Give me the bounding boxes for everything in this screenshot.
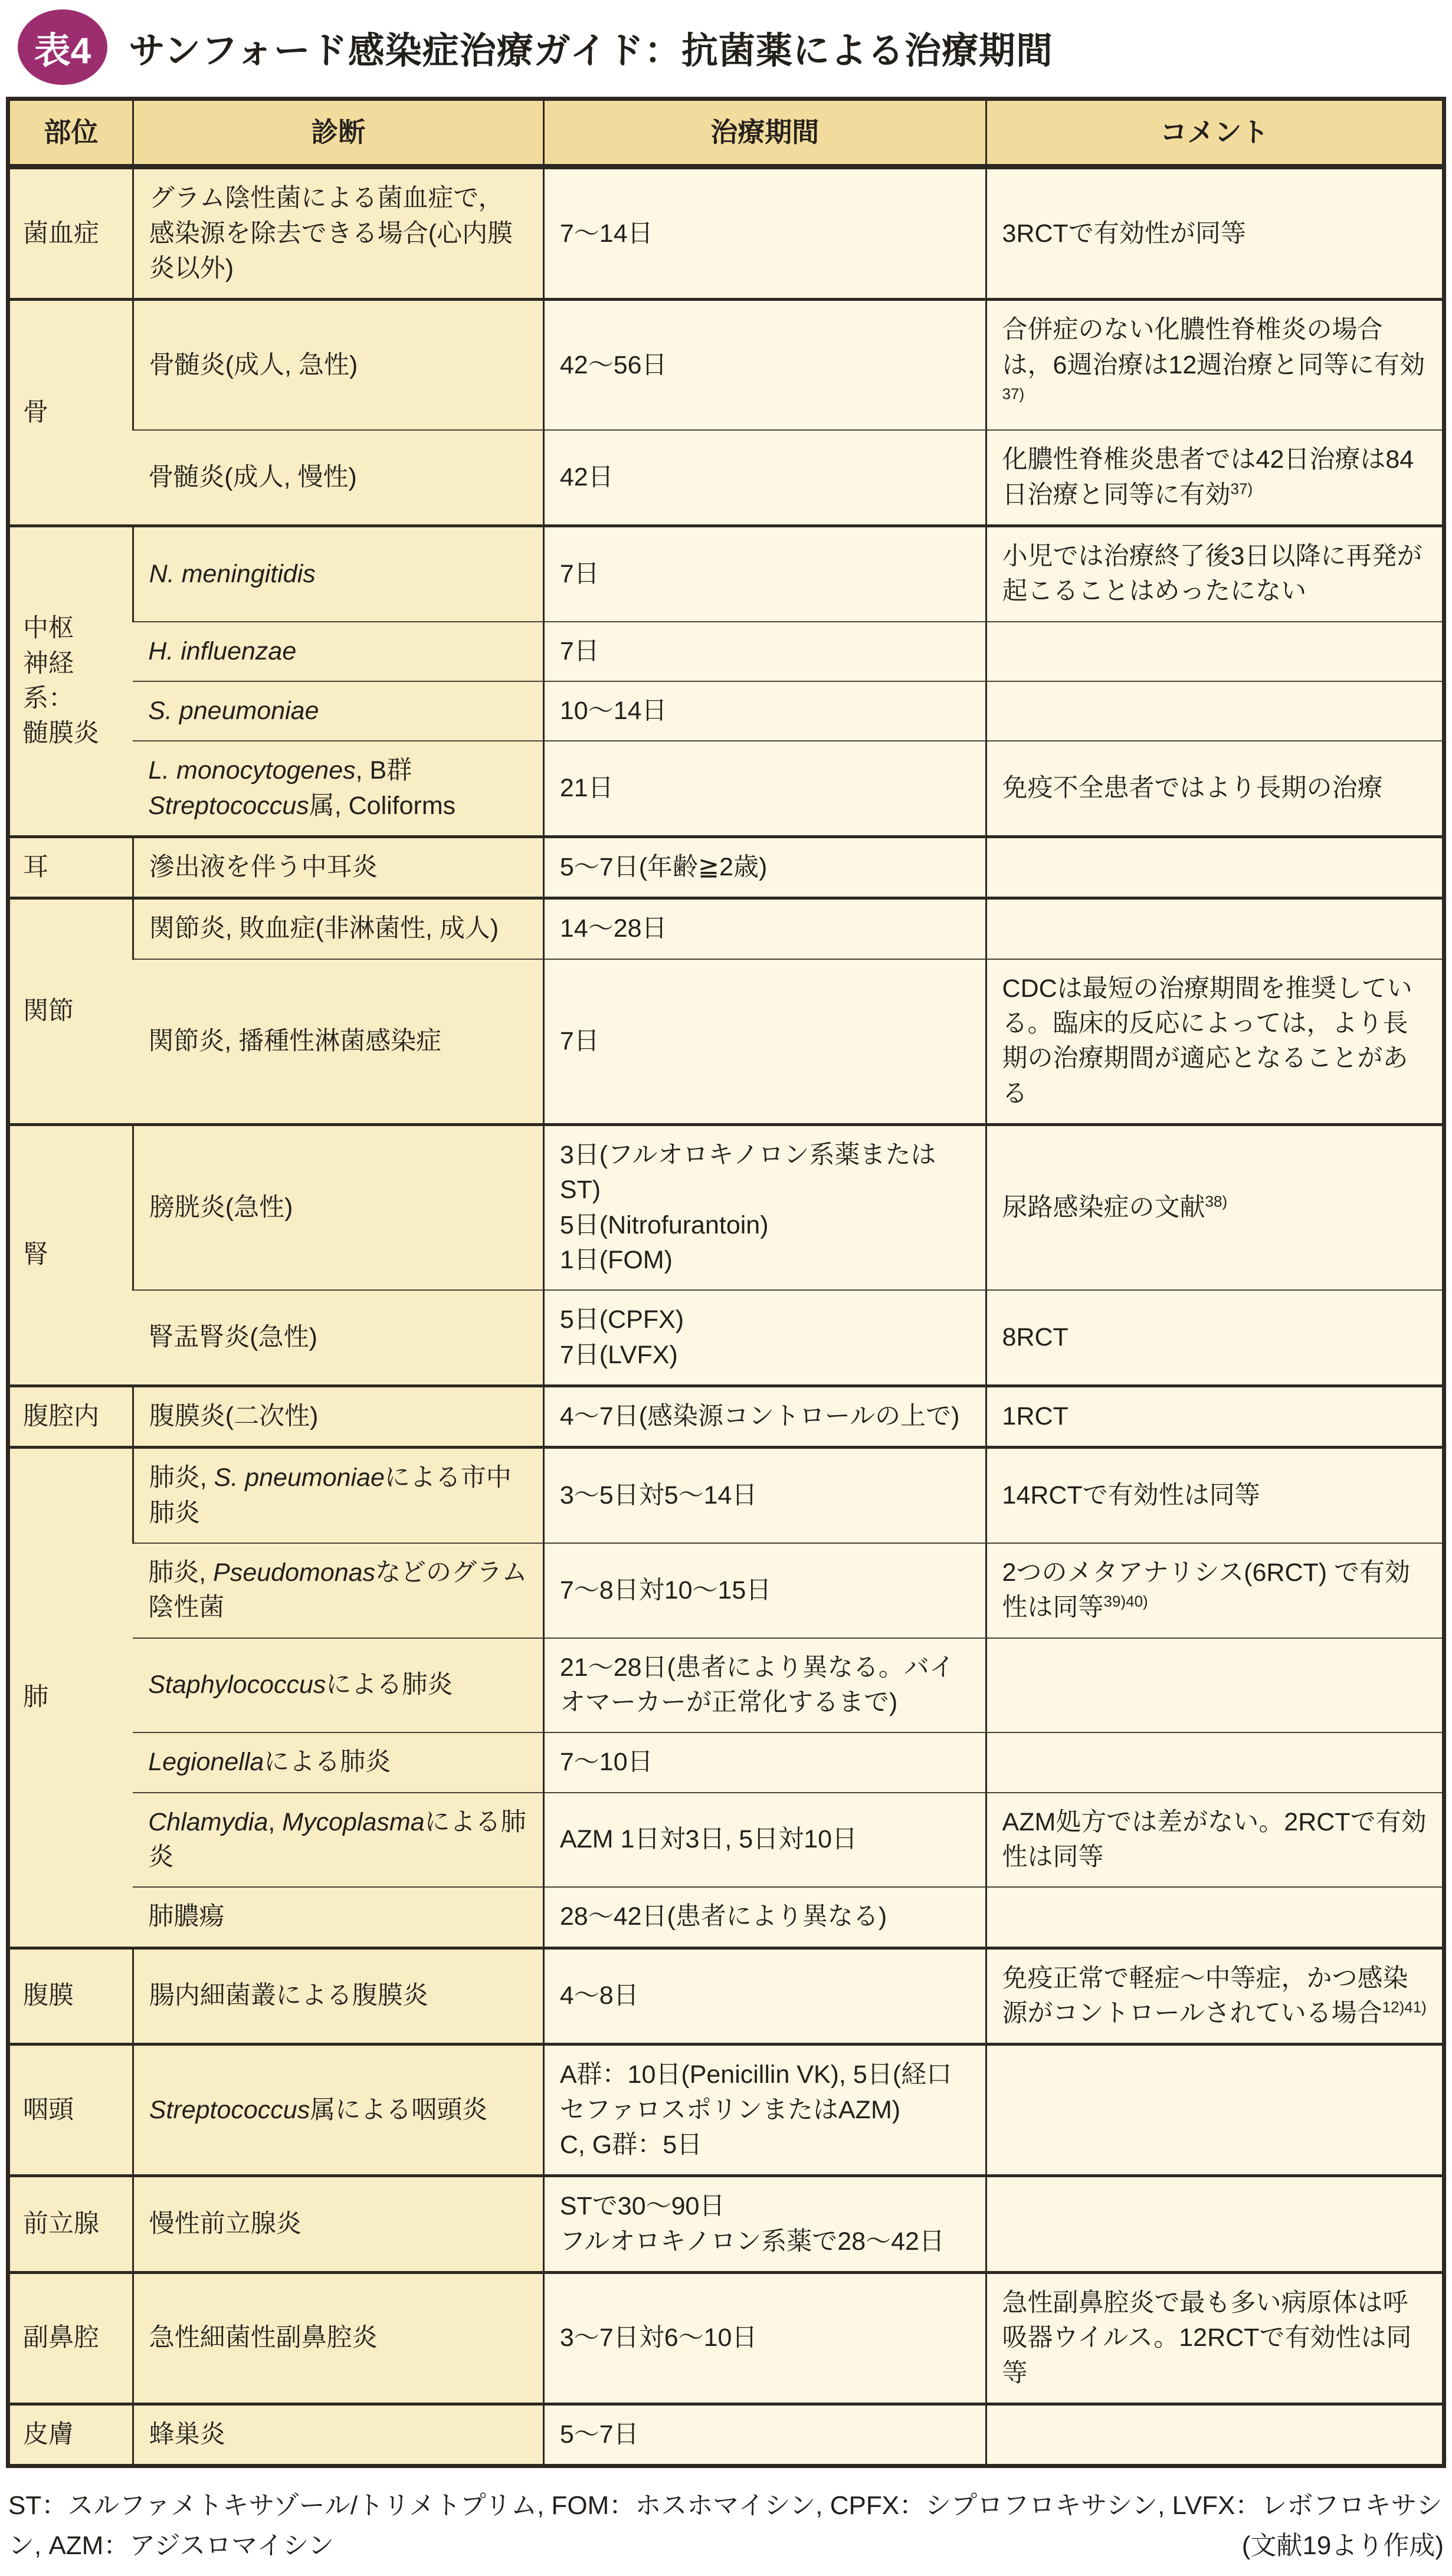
duration-line: 21日 bbox=[560, 771, 970, 806]
duration-line: 7〜14日 bbox=[560, 216, 970, 251]
site-cell: 副鼻腔 bbox=[8, 2272, 133, 2404]
column-header-duration: 治療期間 bbox=[543, 99, 986, 167]
duration-line: STで30〜90日 bbox=[560, 2189, 970, 2224]
diagnosis-cell: 肺炎, S. pneumoniaeによる市中肺炎 bbox=[133, 1448, 543, 1543]
duration-line: 10〜14日 bbox=[560, 694, 970, 729]
table-row: 肺炎, Pseudomonasなどのグラム陰性菌7〜8日対10〜15日2つのメタ… bbox=[8, 1543, 1444, 1638]
table-row: 骨髄炎(成人, 慢性)42日化膿性脊椎炎患者では42日治療は84日治療と同等に有… bbox=[8, 430, 1444, 526]
duration-line: 7〜8日対10〜15日 bbox=[560, 1573, 970, 1608]
table-header: 部位 診断 治療期間 コメント bbox=[8, 99, 1444, 167]
duration-cell: AZM 1日対3日, 5日対10日 bbox=[543, 1793, 986, 1888]
comment-cell: 尿路感染症の文献38) bbox=[986, 1125, 1444, 1291]
duration-line: 7日 bbox=[560, 634, 970, 669]
duration-cell: 7日 bbox=[543, 622, 986, 681]
duration-cell: 3日(フルオロキノロン系薬またはST)5日(Nitrofurantoin)1日(… bbox=[543, 1125, 986, 1291]
comment-cell: 合併症のない化膿性脊椎炎の場合は，6週治療は12週治療と同等に有効37) bbox=[986, 300, 1444, 430]
diagnosis-cell: 腎盂腎炎(急性) bbox=[133, 1290, 543, 1386]
table-row: 関節炎, 播種性淋菌感染症7日CDCは最短の治療期間を推奨している。臨床的反応に… bbox=[8, 959, 1444, 1125]
duration-cell: 5〜7日(年齢≧2歳) bbox=[543, 837, 986, 898]
abbreviation-legend: ST：スルファメトキサゾール/トリメトプリム, FOM：ホスホマイシン, CPF… bbox=[8, 2491, 1442, 2560]
table-row: Chlamydia, Mycoplasmaによる肺炎AZM 1日対3日, 5日対… bbox=[8, 1793, 1444, 1888]
table-row: L. monocytogenes, B群Streptococcus属, Coli… bbox=[8, 741, 1444, 836]
duration-cell: 4〜7日(感染源コントロールの上で) bbox=[543, 1386, 986, 1448]
comment-cell bbox=[986, 1732, 1444, 1792]
footnote: ST：スルファメトキサゾール/トリメトプリム, FOM：ホスホマイシン, CPF… bbox=[8, 2486, 1444, 2566]
diagnosis-cell: 肺膿瘍 bbox=[133, 1887, 543, 1948]
table-row: 腹膜腸内細菌叢による腹膜炎4〜8日免疫正常で軽症〜中等症，かつ感染源がコントロー… bbox=[8, 1948, 1444, 2045]
diagnosis-cell: 急性細菌性副鼻腔炎 bbox=[133, 2272, 543, 2404]
table-row: 菌血症グラム陰性菌による菌血症で，感染源を除去できる場合(心内膜炎以外)7〜14… bbox=[8, 167, 1444, 300]
duration-line: 7〜10日 bbox=[560, 1745, 970, 1780]
duration-line: 5〜7日(年齢≧2歳) bbox=[560, 850, 970, 885]
duration-cell: 14〜28日 bbox=[543, 898, 986, 959]
duration-line: C, G群：5日 bbox=[560, 2128, 970, 2162]
table-row: 関節関節炎, 敗血症(非淋菌性, 成人)14〜28日 bbox=[8, 898, 1444, 959]
title-bar: 表4 サンフォード感染症治療ガイド：抗菌薬による治療期間 bbox=[0, 0, 1452, 93]
diagnosis-cell: 肺炎, Pseudomonasなどのグラム陰性菌 bbox=[133, 1543, 543, 1638]
diagnosis-cell: 腹膜炎(二次性) bbox=[133, 1386, 543, 1448]
duration-line: 28〜42日(患者により異なる) bbox=[560, 1899, 970, 1934]
duration-line: 42日 bbox=[560, 460, 970, 495]
comment-cell: CDCは最短の治療期間を推奨している。臨床的反応によっては，より長期の治療期間が… bbox=[986, 959, 1444, 1125]
site-cell: 関節 bbox=[8, 898, 133, 1125]
duration-line: 4〜8日 bbox=[560, 1978, 970, 2013]
treatment-duration-table: 部位 診断 治療期間 コメント 菌血症グラム陰性菌による菌血症で，感染源を除去で… bbox=[6, 97, 1446, 2468]
duration-line: AZM 1日対3日, 5日対10日 bbox=[560, 1822, 970, 1857]
comment-cell: 1RCT bbox=[986, 1386, 1444, 1448]
table-number-badge: 表4 bbox=[18, 9, 107, 85]
comment-cell: 免疫正常で軽症〜中等症，かつ感染源がコントロールされている場合12)41) bbox=[986, 1948, 1444, 2045]
table-row: 前立腺慢性前立腺炎STで30〜90日フルオロキノロン系薬で28〜42日 bbox=[8, 2176, 1444, 2273]
comment-cell bbox=[986, 2176, 1444, 2273]
reference-superscript: 38) bbox=[1205, 1193, 1228, 1210]
comment-cell: 小児では治療終了後3日以降に再発が起こることはめったにない bbox=[986, 526, 1444, 622]
diagnosis-cell: 関節炎, 敗血症(非淋菌性, 成人) bbox=[133, 898, 543, 959]
header-row: 部位 診断 治療期間 コメント bbox=[8, 99, 1444, 167]
table-row: 中枢 神経系： 髄膜炎N. meningitidis7日小児では治療終了後3日以… bbox=[8, 526, 1444, 622]
source-citation: (文献19より作成) bbox=[1242, 2526, 1444, 2566]
comment-cell bbox=[986, 898, 1444, 959]
treatment-table-body: 菌血症グラム陰性菌による菌血症で，感染源を除去できる場合(心内膜炎以外)7〜14… bbox=[8, 167, 1444, 2466]
comment-cell bbox=[986, 622, 1444, 681]
duration-line: 3日(フルオロキノロン系薬またはST) bbox=[560, 1138, 970, 1208]
reference-superscript: 12)41) bbox=[1382, 1999, 1427, 2016]
comment-cell: 化膿性脊椎炎患者では42日治療は84日治療と同等に有効37) bbox=[986, 430, 1444, 526]
site-cell: 皮膚 bbox=[8, 2404, 133, 2466]
duration-line: 4〜7日(感染源コントロールの上で) bbox=[560, 1399, 970, 1434]
diagnosis-cell: 腸内細菌叢による腹膜炎 bbox=[133, 1948, 543, 2045]
duration-cell: 42日 bbox=[543, 430, 986, 526]
diagnosis-cell: グラム陰性菌による菌血症で，感染源を除去できる場合(心内膜炎以外) bbox=[133, 167, 543, 300]
comment-cell bbox=[986, 1638, 1444, 1733]
diagnosis-cell: Staphylococcusによる肺炎 bbox=[133, 1638, 543, 1733]
comment-cell: 2つのメタアナリシス(6RCT) で有効性は同等39)40) bbox=[986, 1543, 1444, 1638]
table-row: H. influenzae7日 bbox=[8, 622, 1444, 681]
site-cell: 菌血症 bbox=[8, 167, 133, 300]
diagnosis-cell: 骨髄炎(成人, 慢性) bbox=[133, 430, 543, 526]
reference-superscript: 37) bbox=[1002, 385, 1025, 403]
table-row: 腎盂腎炎(急性)5日(CPFX)7日(LVFX)8RCT bbox=[8, 1290, 1444, 1386]
diagnosis-cell: N. meningitidis bbox=[133, 526, 543, 622]
site-cell: 前立腺 bbox=[8, 2176, 133, 2273]
diagnosis-cell: Legionellaによる肺炎 bbox=[133, 1732, 543, 1792]
diagnosis-cell: 骨髄炎(成人, 急性) bbox=[133, 300, 543, 430]
site-cell: 耳 bbox=[8, 837, 133, 898]
comment-cell bbox=[986, 2404, 1444, 2466]
table-row: 咽頭Streptococcus属による咽頭炎A群：10日(Penicillin … bbox=[8, 2045, 1444, 2176]
duration-line: 7日 bbox=[560, 557, 970, 592]
column-header-diagnosis: 診断 bbox=[133, 99, 543, 167]
duration-line: 3〜5日対5〜14日 bbox=[560, 1478, 970, 1513]
comment-cell bbox=[986, 837, 1444, 898]
duration-cell: 7日 bbox=[543, 959, 986, 1125]
duration-cell: 7日 bbox=[543, 526, 986, 622]
duration-cell: 10〜14日 bbox=[543, 681, 986, 741]
table-row: 骨骨髄炎(成人, 急性)42〜56日合併症のない化膿性脊椎炎の場合は，6週治療は… bbox=[8, 300, 1444, 430]
column-header-comment: コメント bbox=[986, 99, 1444, 167]
duration-cell: 21〜28日(患者により異なる。バイオマーカーが正常化するまで) bbox=[543, 1638, 986, 1733]
comment-cell bbox=[986, 1887, 1444, 1948]
duration-cell: 3〜5日対5〜14日 bbox=[543, 1448, 986, 1543]
comment-cell: AZM処方では差がない。2RCTで有効性は同等 bbox=[986, 1793, 1444, 1888]
duration-cell: 7〜8日対10〜15日 bbox=[543, 1543, 986, 1638]
duration-line: 3〜7日対6〜10日 bbox=[560, 2321, 970, 2355]
diagnosis-cell: L. monocytogenes, B群Streptococcus属, Coli… bbox=[133, 741, 543, 836]
diagnosis-cell: S. pneumoniae bbox=[133, 681, 543, 741]
diagnosis-cell: 蜂巣炎 bbox=[133, 2404, 543, 2466]
duration-line: 5日(CPFX) bbox=[560, 1302, 970, 1337]
duration-line: 7日(LVFX) bbox=[560, 1338, 970, 1373]
table-number-label: 表4 bbox=[34, 21, 91, 74]
site-cell: 骨 bbox=[8, 300, 133, 526]
duration-line: 5日(Nitrofurantoin) bbox=[560, 1208, 970, 1243]
comment-cell: 3RCTで有効性が同等 bbox=[986, 167, 1444, 300]
duration-line: 42〜56日 bbox=[560, 348, 970, 383]
reference-superscript: 39)40) bbox=[1104, 1593, 1148, 1610]
duration-line: 5〜7日 bbox=[560, 2417, 970, 2452]
diagnosis-cell: 関節炎, 播種性淋菌感染症 bbox=[133, 959, 543, 1125]
site-cell: 咽頭 bbox=[8, 2045, 133, 2176]
diagnosis-cell: 滲出液を伴う中耳炎 bbox=[133, 837, 543, 898]
duration-line: 21〜28日(患者により異なる。バイオマーカーが正常化するまで) bbox=[560, 1650, 970, 1721]
table-row: 腹腔内腹膜炎(二次性)4〜7日(感染源コントロールの上で)1RCT bbox=[8, 1386, 1444, 1448]
column-header-site: 部位 bbox=[8, 99, 133, 167]
table-row: 肺膿瘍28〜42日(患者により異なる) bbox=[8, 1887, 1444, 1948]
diagnosis-cell: H. influenzae bbox=[133, 622, 543, 681]
table-row: Staphylococcusによる肺炎21〜28日(患者により異なる。バイオマー… bbox=[8, 1638, 1444, 1733]
page-title: サンフォード感染症治療ガイド：抗菌薬による治療期間 bbox=[129, 21, 1053, 74]
duration-cell: 21日 bbox=[543, 741, 986, 836]
site-cell: 中枢 神経系： 髄膜炎 bbox=[8, 526, 133, 837]
site-cell: 肺 bbox=[8, 1448, 133, 1948]
duration-cell: 28〜42日(患者により異なる) bbox=[543, 1887, 986, 1948]
table-row: S. pneumoniae10〜14日 bbox=[8, 681, 1444, 741]
table-row: 腎膀胱炎(急性)3日(フルオロキノロン系薬またはST)5日(Nitrofuran… bbox=[8, 1125, 1444, 1291]
table-row: 耳滲出液を伴う中耳炎5〜7日(年齢≧2歳) bbox=[8, 837, 1444, 898]
page: 表4 サンフォード感染症治療ガイド：抗菌薬による治療期間 部位 診断 治療期間 … bbox=[0, 0, 1452, 2567]
duration-line: A群：10日(Penicillin VK), 5日(経口セファロスポリンまたはA… bbox=[560, 2057, 970, 2128]
comment-cell: 免疫不全患者ではより長期の治療 bbox=[986, 741, 1444, 836]
duration-line: 14〜28日 bbox=[560, 911, 970, 946]
duration-cell: STで30〜90日フルオロキノロン系薬で28〜42日 bbox=[543, 2176, 986, 2273]
comment-cell: 急性副鼻腔炎で最も多い病原体は呼吸器ウイルス。12RCTで有効性は同等 bbox=[986, 2272, 1444, 2404]
site-cell: 腹膜 bbox=[8, 1948, 133, 2045]
comment-cell bbox=[986, 681, 1444, 741]
diagnosis-cell: Chlamydia, Mycoplasmaによる肺炎 bbox=[133, 1793, 543, 1888]
diagnosis-cell: Streptococcus属による咽頭炎 bbox=[133, 2045, 543, 2176]
site-cell: 腎 bbox=[8, 1125, 133, 1386]
duration-cell: 5日(CPFX)7日(LVFX) bbox=[543, 1290, 986, 1386]
comment-cell: 8RCT bbox=[986, 1290, 1444, 1386]
duration-line: 1日(FOM) bbox=[560, 1243, 970, 1278]
table-row: 副鼻腔急性細菌性副鼻腔炎3〜7日対6〜10日急性副鼻腔炎で最も多い病原体は呼吸器… bbox=[8, 2272, 1444, 2404]
comment-cell: 14RCTで有効性は同等 bbox=[986, 1448, 1444, 1543]
diagnosis-cell: 膀胱炎(急性) bbox=[133, 1125, 543, 1291]
diagnosis-cell: 慢性前立腺炎 bbox=[133, 2176, 543, 2273]
duration-line: フルオロキノロン系薬で28〜42日 bbox=[560, 2224, 970, 2259]
duration-cell: A群：10日(Penicillin VK), 5日(経口セファロスポリンまたはA… bbox=[543, 2045, 986, 2176]
duration-cell: 7〜10日 bbox=[543, 1732, 986, 1792]
table-row: 皮膚蜂巣炎5〜7日 bbox=[8, 2404, 1444, 2466]
comment-cell bbox=[986, 2045, 1444, 2176]
duration-cell: 7〜14日 bbox=[543, 167, 986, 300]
table-row: 肺肺炎, S. pneumoniaeによる市中肺炎3〜5日対5〜14日14RCT… bbox=[8, 1448, 1444, 1543]
reference-superscript: 37) bbox=[1231, 480, 1253, 497]
site-cell: 腹腔内 bbox=[8, 1386, 133, 1448]
duration-line: 7日 bbox=[560, 1024, 970, 1059]
duration-cell: 4〜8日 bbox=[543, 1948, 986, 2045]
duration-cell: 3〜7日対6〜10日 bbox=[543, 2272, 986, 2404]
duration-cell: 42〜56日 bbox=[543, 300, 986, 430]
duration-cell: 5〜7日 bbox=[543, 2404, 986, 2466]
table-row: Legionellaによる肺炎7〜10日 bbox=[8, 1732, 1444, 1792]
